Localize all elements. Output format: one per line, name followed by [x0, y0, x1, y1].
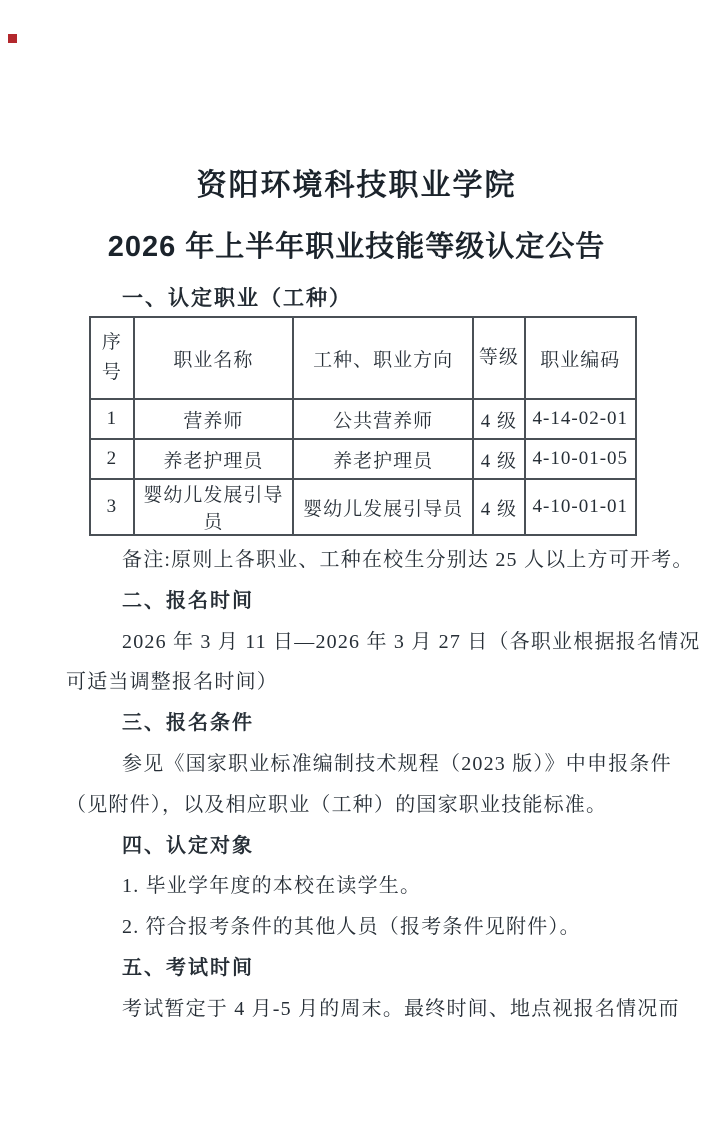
table-header-row: 序号 职业名称 工种、职业方向 等级 职业编码 — [90, 317, 636, 399]
section2-paragraph-line1: 2026 年 3 月 11 日—2026 年 3 月 27 日（各职业根据报名情… — [66, 622, 651, 663]
table-row: 1 营养师 公共营养师 4 级 4-14-02-01 — [90, 399, 636, 439]
cell-no: 1 — [90, 399, 134, 439]
section5-heading: 五、考试时间 — [66, 948, 651, 989]
cell-direction: 养老护理员 — [293, 439, 473, 479]
cell-name: 婴幼儿发展引导员 — [134, 479, 293, 535]
section4-heading: 四、认定对象 — [66, 826, 651, 867]
cell-level: 4 级 — [473, 399, 524, 439]
section3-paragraph-line1: 参见《国家职业标准编制技术规程（2023 版）》中申报条件 — [66, 744, 651, 785]
section2-paragraph-line2: 可适当调整报名时间） — [66, 662, 651, 703]
col-header-name: 职业名称 — [134, 317, 293, 399]
cell-code: 4-10-01-01 — [525, 479, 636, 535]
section5-paragraph-line1: 考试暂定于 4 月-5 月的周末。最终时间、地点视报名情况而 — [66, 989, 651, 1030]
red-stamp-mark — [8, 34, 17, 43]
table-row: 2 养老护理员 养老护理员 4 级 4-10-01-05 — [90, 439, 636, 479]
occupations-table: 序号 职业名称 工种、职业方向 等级 职业编码 1 营养师 公共营养师 4 级 … — [89, 316, 637, 536]
document-title: 资阳环境科技职业学院 — [0, 160, 713, 204]
section3-paragraph-line2: （见附件），以及相应职业（工种）的国家职业技能标准。 — [66, 785, 651, 826]
cell-name: 养老护理员 — [134, 439, 293, 479]
section3-heading: 三、报名条件 — [66, 703, 651, 744]
cell-level: 4 级 — [473, 439, 524, 479]
cell-level: 4 级 — [473, 479, 524, 535]
document-subtitle: 2026 年上半年职业技能等级认定公告 — [0, 224, 713, 265]
col-header-no: 序号 — [90, 317, 134, 399]
document-page: 资阳环境科技职业学院 2026 年上半年职业技能等级认定公告 一、认定职业（工种… — [0, 0, 713, 1123]
section2-heading: 二、报名时间 — [66, 581, 651, 622]
cell-no: 2 — [90, 439, 134, 479]
section4-item1: 1. 毕业学年度的本校在读学生。 — [66, 866, 651, 907]
table-row: 3 婴幼儿发展引导员 婴幼儿发展引导员 4 级 4-10-01-01 — [90, 479, 636, 535]
col-header-direction: 工种、职业方向 — [293, 317, 473, 399]
col-header-level: 等级 — [473, 317, 524, 399]
table-note: 备注:原则上各职业、工种在校生分别达 25 人以上方可开考。 — [66, 540, 651, 581]
cell-name: 营养师 — [134, 399, 293, 439]
cell-no: 3 — [90, 479, 134, 535]
col-header-code: 职业编码 — [525, 317, 636, 399]
document-body: 备注:原则上各职业、工种在校生分别达 25 人以上方可开考。 二、报名时间 20… — [66, 540, 651, 1030]
cell-direction: 公共营养师 — [293, 399, 473, 439]
section1-heading: 一、认定职业（工种） — [122, 282, 352, 312]
section4-item2: 2. 符合报考条件的其他人员（报考条件见附件）。 — [66, 907, 651, 948]
cell-code: 4-14-02-01 — [525, 399, 636, 439]
cell-direction: 婴幼儿发展引导员 — [293, 479, 473, 535]
cell-code: 4-10-01-05 — [525, 439, 636, 479]
